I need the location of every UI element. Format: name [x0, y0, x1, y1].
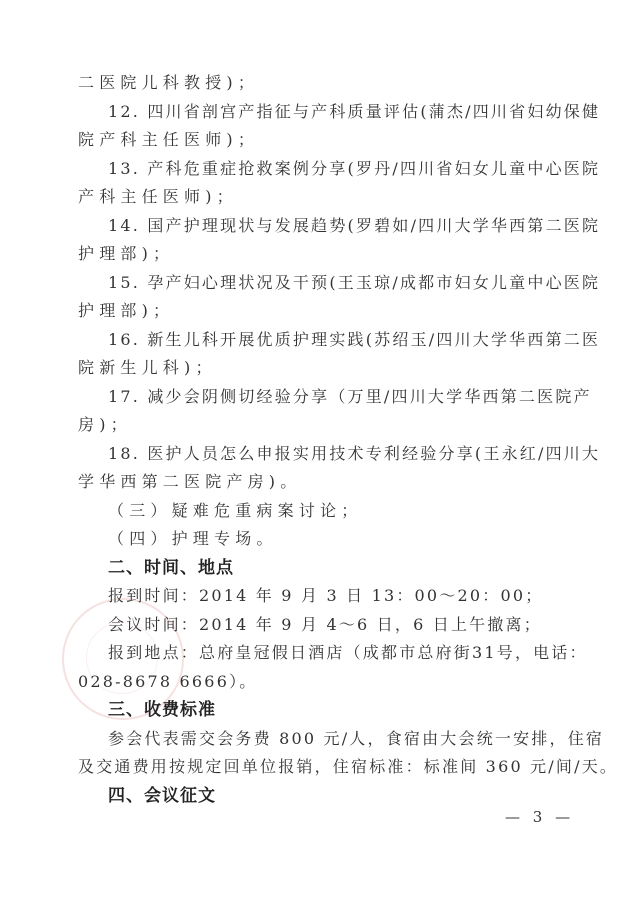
- text-line: 二医院儿科教授)；: [78, 72, 568, 94]
- list-item-18: 18. 医护人员怎么申报实用技术专利经验分享(王永红/四川大: [108, 443, 568, 465]
- list-item-12: 12. 四川省剖宫产指征与产科质量评估(蒲杰/四川省妇幼保健: [108, 101, 568, 123]
- meeting-time: 会议时间：2014 年 9 月 4～6 日，6 日上午撤离；: [108, 614, 568, 636]
- text-line: 房)；: [78, 414, 568, 436]
- registration-place: 报到地点：总府皇冠假日酒店（成都市总府街31号，电话：: [108, 642, 568, 664]
- subsection-4: （四）护理专场。: [108, 528, 568, 550]
- list-item-14: 14. 国产护理现状与发展趋势(罗碧如/四川大学华西第二医院: [108, 215, 568, 237]
- list-item-13: 13. 产科危重症抢救案例分享(罗丹/四川省妇女儿童中心医院: [108, 158, 568, 180]
- fees-text-line-1: 参会代表需交会务费 800 元/人，食宿由大会统一安排，住宿: [108, 728, 568, 750]
- phone-number: 028-8678 6666）。: [78, 671, 568, 693]
- page-number: — 3 —: [505, 808, 574, 826]
- text-line: 院新生儿科)；: [78, 357, 568, 379]
- document-page: 二医院儿科教授)； 12. 四川省剖宫产指征与产科质量评估(蒲杰/四川省妇幼保健…: [0, 0, 625, 899]
- list-item-17: 17. 减少会阴侧切经验分享（万里/四川大学华西第二医院产: [108, 386, 568, 408]
- text-line: 护理部)；: [78, 300, 568, 322]
- text-line: 产科主任医师)；: [78, 186, 568, 208]
- list-item-15: 15. 孕产妇心理状况及干预(王玉琼/成都市妇女儿童中心医院: [108, 272, 568, 294]
- section-heading-time-place: 二、时间、地点: [108, 557, 568, 579]
- subsection-3: （三）疑难危重病案讨论；: [108, 500, 568, 522]
- registration-time: 报到时间：2014 年 9 月 3 日 13：00～20：00；: [108, 585, 568, 607]
- text-line: 护理部)；: [78, 243, 568, 265]
- section-heading-fees: 三、收费标准: [108, 699, 568, 721]
- fees-text-line-2: 及交通费用按规定回单位报销，住宿标准：标准间 360 元/间/天。: [78, 756, 568, 778]
- section-heading-papers: 四、会议征文: [108, 785, 568, 807]
- text-line: 院产科主任医师)；: [78, 129, 568, 151]
- list-item-16: 16. 新生儿科开展优质护理实践(苏绍玉/四川大学华西第二医: [108, 329, 568, 351]
- text-line: 学华西第二医院产房)。: [78, 471, 568, 493]
